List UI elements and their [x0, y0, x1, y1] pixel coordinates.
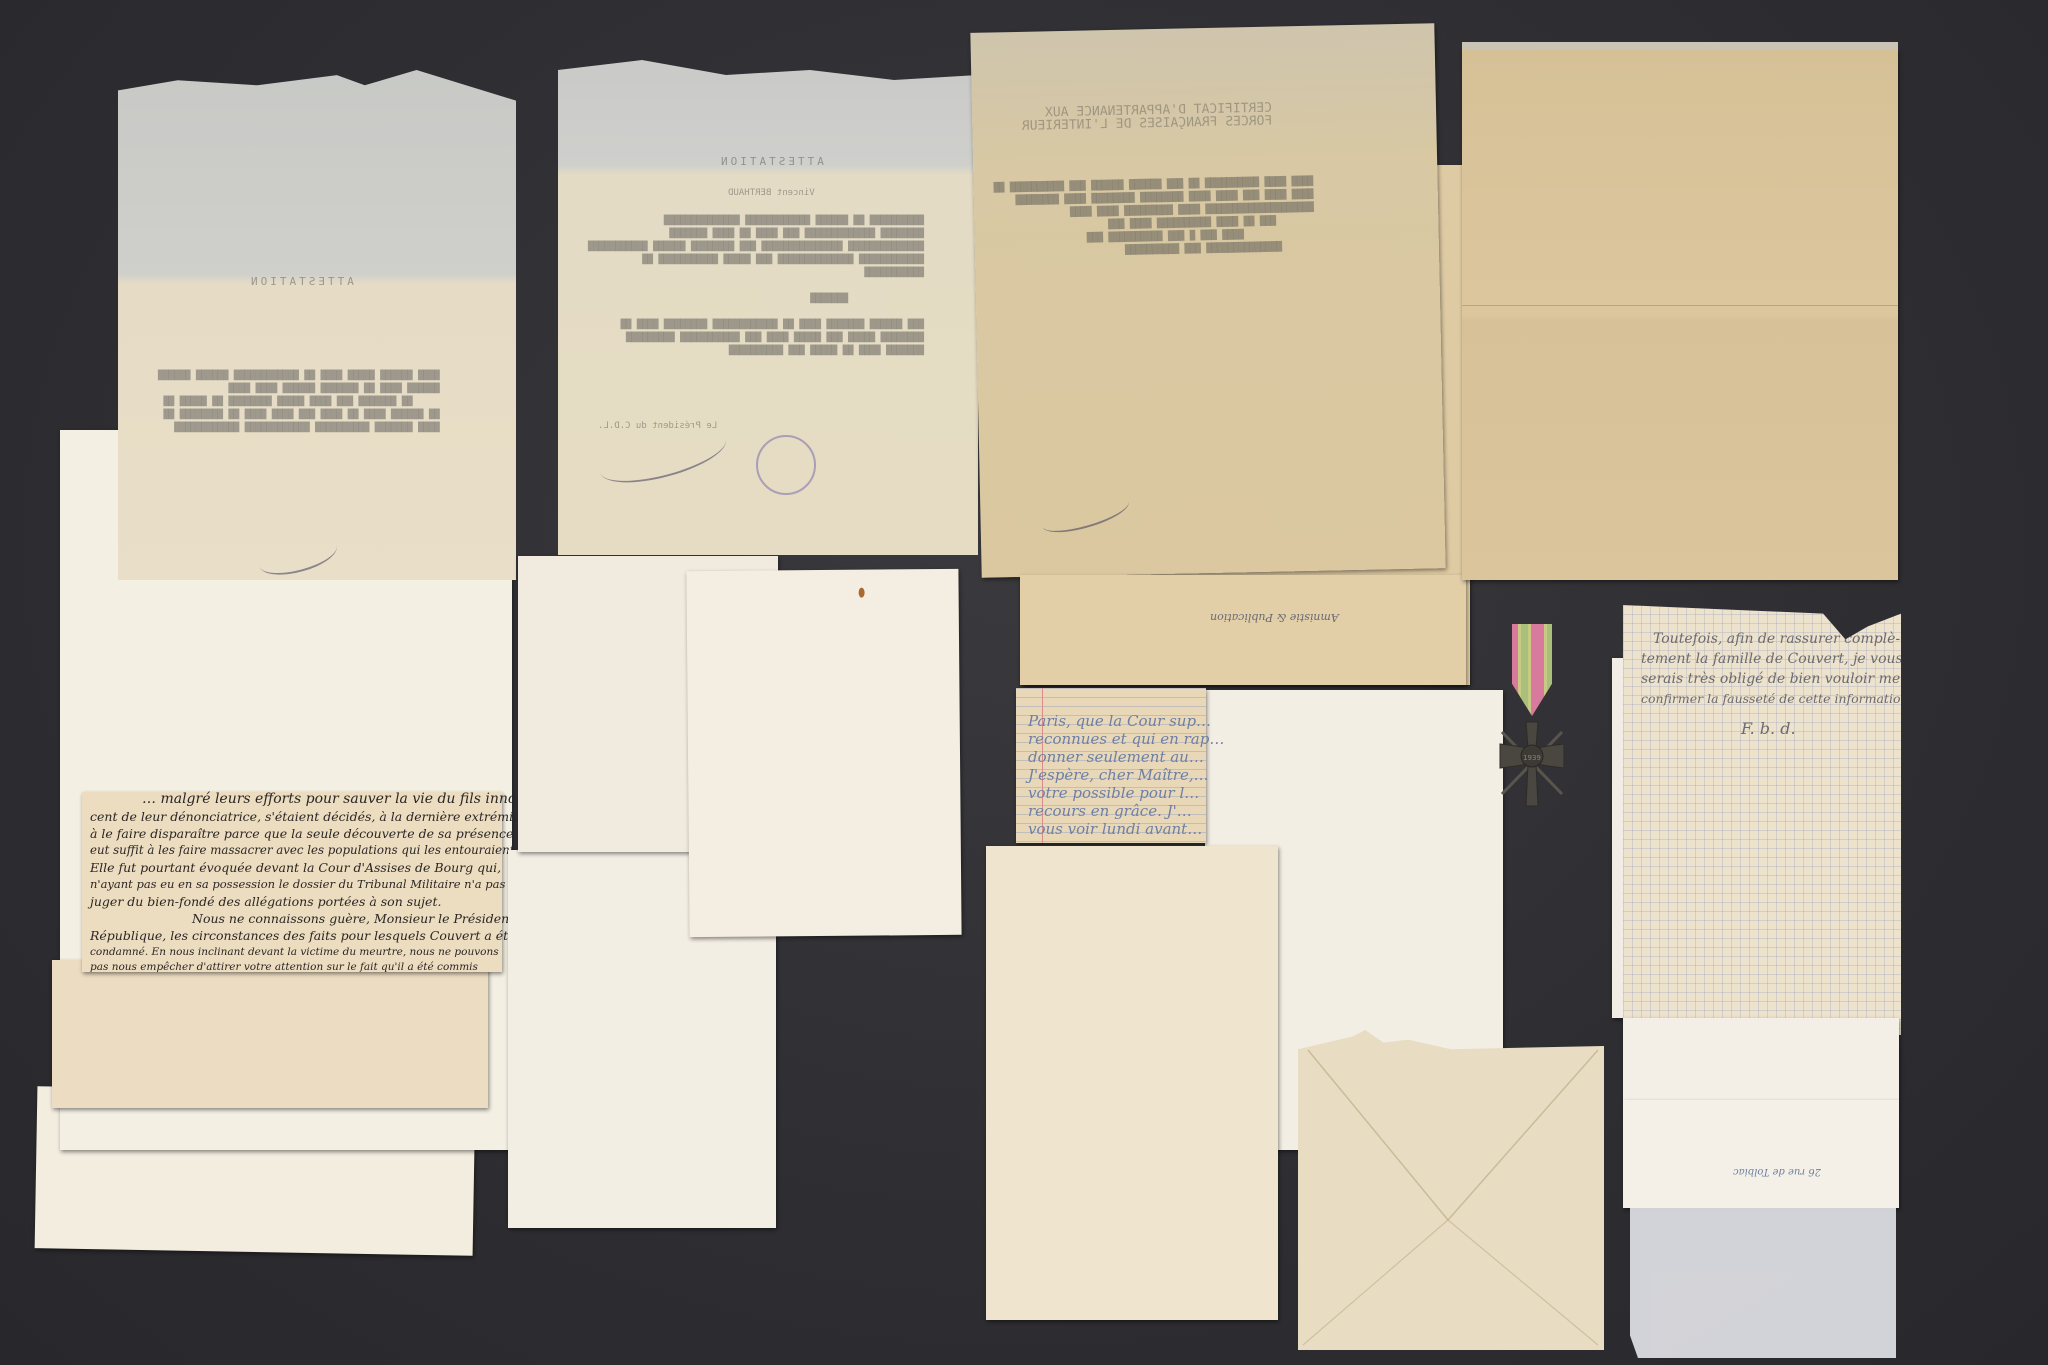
tan-sheet-annotation: Amnistie & Publication — [1020, 575, 1466, 685]
medal-center-text: 1939 — [1523, 754, 1541, 762]
letter-line-11: pas nous empêcher d'attirer votre attent… — [90, 952, 478, 983]
handwritten-letter-ruled: Paris, que la Cour sup… reconnues et qui… — [1016, 688, 1206, 843]
croix-de-guerre-medal: 1939 — [1510, 624, 1594, 814]
signature-left — [255, 530, 341, 582]
slip-text: 26 rue de Tolbiac — [1733, 1158, 1821, 1185]
attestation-center-heading: ATTESTATION — [718, 155, 824, 168]
typed-lines: ████ ██████ █████ ████ ██ ████████████ █… — [158, 370, 440, 435]
grid-signature: F. b. d. — [1741, 717, 1796, 741]
attestation-center: ATTESTATION Vincent BERTHAUD ██████████ … — [558, 55, 978, 555]
white-sheet-center-b — [686, 569, 961, 937]
paper-edge-top — [1462, 42, 1898, 50]
envelope-flap-lines — [1298, 1030, 1604, 1350]
white-slip-right-a — [1623, 1018, 1899, 1100]
grid-line-4: confirmer la fausseté de cette informati… — [1641, 687, 1909, 711]
typed-lines-center: ██████████ ██ ██████ ████████████ ██████… — [588, 215, 924, 358]
fold-line — [1462, 305, 1898, 306]
certificate-heading: CERTIFICAT D'APPARTENANCE AUX FORCES FRA… — [992, 102, 1272, 134]
ruled-line-7: vous voir lundi avant… — [1028, 816, 1202, 843]
handwritten-note-grid: Toutefois, afin de rassurer complè- teme… — [1623, 605, 1901, 1035]
rust-spot — [859, 588, 865, 598]
folded-tan-sheet — [1462, 50, 1898, 580]
photo-background: ATTESTATION ████ ██████ █████ ████ ██ ██… — [0, 0, 2048, 1365]
small-slip: 26 rue de Tolbiac — [1623, 1100, 1899, 1208]
tan-sheet-lower-center — [986, 846, 1278, 1320]
certificate-ffi: CERTIFICAT D'APPARTENANCE AUX FORCES FRA… — [970, 23, 1445, 578]
handwritten-letter-ink: … malgré leurs efforts pour sauver la vi… — [82, 792, 502, 972]
violet-stamp — [756, 435, 816, 495]
glassine-sheet — [1630, 1208, 1896, 1358]
medal-ribbon — [1512, 624, 1552, 716]
signature-certificate — [1038, 489, 1132, 540]
attestation-center-signatory: Vincent BERTHAUD — [728, 187, 815, 200]
cross-icon: 1939 — [1490, 714, 1574, 814]
annotation-text: Amnistie & Publication — [1210, 605, 1339, 629]
typed-lines-certificate: ████ ████ ██████████ ██ ███ ██████ █████… — [993, 176, 1314, 261]
attestation-left-heading: ATTESTATION — [248, 275, 354, 288]
attestation-left: ATTESTATION ████ ██████ █████ ████ ██ ██… — [118, 70, 516, 580]
envelope — [1298, 1030, 1604, 1350]
